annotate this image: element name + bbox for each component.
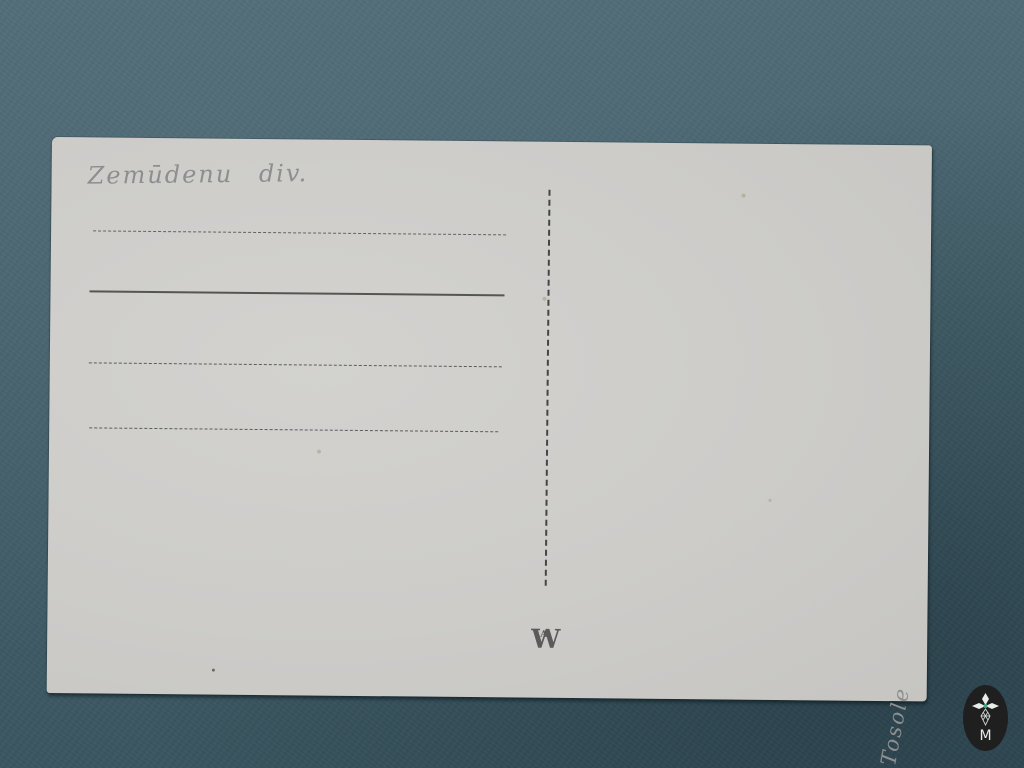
paper-speck [317, 450, 321, 454]
address-line-4 [89, 427, 498, 432]
paper-speck [741, 194, 745, 198]
publisher-logo-inner: A [540, 631, 547, 640]
publisher-logo-icon: W A [531, 625, 559, 655]
paper-speck [769, 499, 772, 502]
postcard-back: Zemūdenu div. W A Tosole [47, 137, 932, 701]
watermark-badge: M [963, 685, 1008, 751]
address-line-2 [90, 290, 505, 296]
handwritten-caption: Zemūdenu div. [87, 159, 308, 190]
handwritten-side-note: Tosole [877, 685, 915, 768]
paper-speck [212, 669, 215, 672]
address-line-3 [89, 362, 502, 367]
center-divider-line [545, 190, 551, 586]
four-petal-flower-icon: M [963, 685, 1008, 751]
paper-speck [542, 297, 546, 301]
watermark-letter: M [979, 728, 991, 744]
address-line-1 [93, 230, 506, 235]
